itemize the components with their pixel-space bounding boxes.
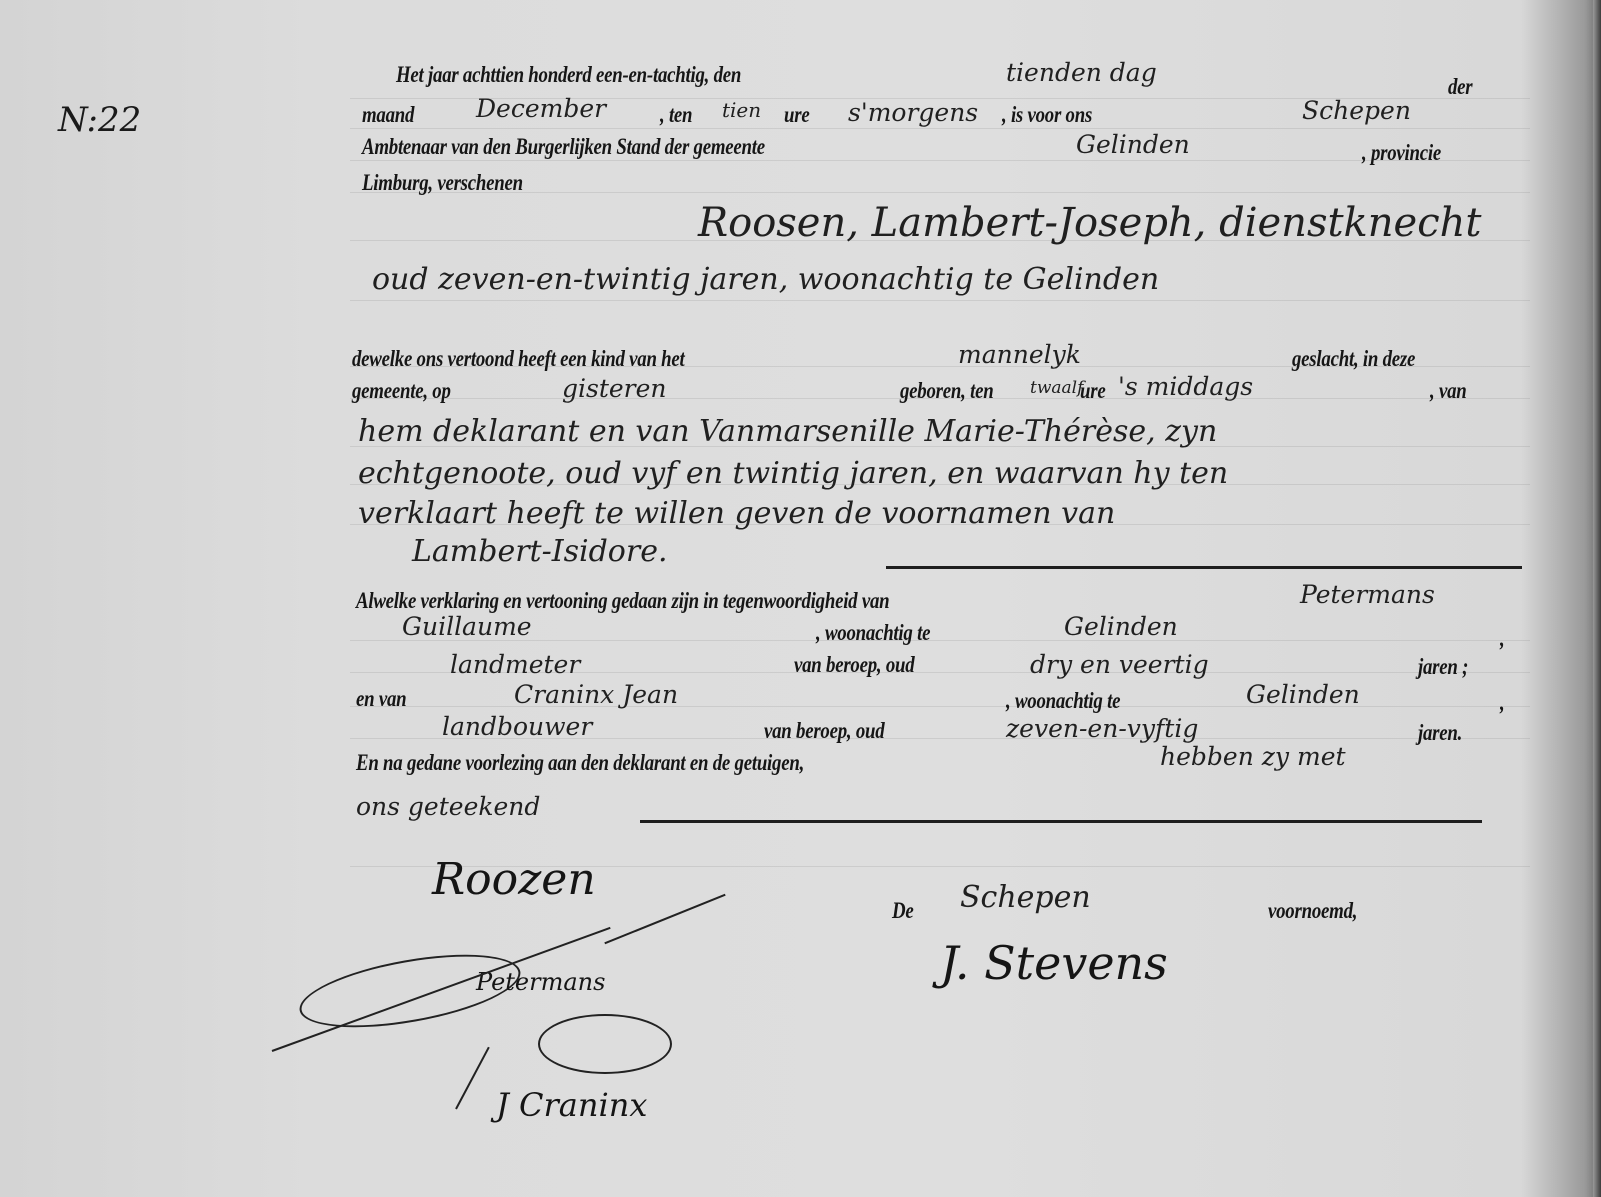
printed-text: De <box>892 898 913 924</box>
printed-text: voornoemd, <box>1268 898 1357 924</box>
signature-flourish <box>455 1047 490 1110</box>
handwritten-witness1-residence: Gelinden <box>1064 612 1178 641</box>
fill-line <box>640 820 1482 823</box>
fill-line <box>886 566 1522 569</box>
ruled-line <box>350 128 1530 129</box>
handwritten-mother: echtgenoote, oud vyf en twintig jaren, e… <box>358 456 1228 491</box>
handwritten-birth-hour: twaalf <box>1030 378 1083 398</box>
signature-witness1: Petermans <box>476 968 605 996</box>
handwritten-time-of-day: s'morgens <box>848 98 978 127</box>
handwritten-day: tienden dag <box>1006 58 1157 87</box>
document-page: N:22 Het jaar achttien honderd een-en-ta… <box>0 0 1601 1197</box>
signature-declarant: Roozen <box>432 854 596 905</box>
printed-text: , <box>1500 690 1504 716</box>
printed-text: , is voor ons <box>1002 102 1092 128</box>
printed-text: geboren, ten <box>900 378 993 404</box>
handwritten-witness2-residence: Gelinden <box>1246 680 1360 709</box>
handwritten-official: Schepen <box>1302 96 1411 125</box>
handwritten-witness1-occupation: landmeter <box>450 650 580 679</box>
handwritten-witness2-occupation: landbouwer <box>442 712 592 741</box>
handwritten-witness1-surname: Petermans <box>1300 580 1435 609</box>
handwritten-signed-a: hebben zy met <box>1160 742 1346 771</box>
handwritten-child-name: Lambert-Isidore. <box>412 534 667 569</box>
handwritten-birth-day: gisteren <box>562 374 667 403</box>
page-edge <box>1593 0 1601 1197</box>
signature-flourish <box>538 1014 672 1074</box>
ruled-line <box>350 160 1530 161</box>
printed-text: en van <box>356 686 406 712</box>
record-number: N:22 <box>58 100 141 140</box>
printed-text: ure <box>1080 378 1105 404</box>
printed-text: van beroep, oud <box>764 718 884 744</box>
printed-text: jaren. <box>1418 720 1462 746</box>
printed-text: jaren ; <box>1418 654 1468 680</box>
handwritten-witness2-age: zeven-en-vyftig <box>1006 714 1198 743</box>
printed-text: , ten <box>660 102 692 128</box>
handwritten-official-title: Schepen <box>960 880 1091 915</box>
handwritten-witness1-firstname: Guillaume <box>402 612 532 641</box>
signature-official: J. Stevens <box>940 936 1168 990</box>
handwritten-month: December <box>476 94 606 123</box>
printed-text: van beroep, oud <box>794 652 914 678</box>
printed-text: dewelke ons vertoond heeft een kind van … <box>352 346 685 372</box>
handwritten-signed-b: ons geteekend <box>356 792 540 821</box>
printed-text: gemeente, op <box>352 378 451 404</box>
printed-text: Ambtenaar van den Burgerlijken Stand der… <box>362 134 765 160</box>
handwritten-hour: tien <box>722 98 761 122</box>
handwritten-birth-time: 's middags <box>1118 372 1253 401</box>
printed-text: Het jaar achttien honderd een-en-tachtig… <box>396 62 741 88</box>
printed-text: , van <box>1430 378 1467 404</box>
handwritten-witness1-age: dry en veertig <box>1030 650 1209 679</box>
signature-flourish <box>604 894 725 945</box>
printed-text: ure <box>784 102 809 128</box>
handwritten-municipality: Gelinden <box>1076 130 1190 159</box>
printed-text: Alwelke verklaring en vertooning gedaan … <box>356 588 889 614</box>
printed-text: , <box>1500 626 1504 652</box>
handwritten-declarant-age-residence: oud zeven-en-twintig jaren, woonachtig t… <box>372 262 1159 297</box>
printed-text: , woonachtig te <box>1006 688 1120 714</box>
handwritten-declared: verklaart heeft te willen geven de voorn… <box>358 496 1115 531</box>
printed-text: maand <box>362 102 414 128</box>
printed-text: , provincie <box>1362 140 1441 166</box>
printed-text: Limburg, verschenen <box>362 170 523 196</box>
printed-text: geslacht, in deze <box>1292 346 1415 372</box>
printed-text: , woonachtig te <box>816 620 930 646</box>
ruled-line <box>350 300 1530 301</box>
signature-witness2: J Craninx <box>496 1086 647 1124</box>
handwritten-witness2-name: Craninx Jean <box>514 680 678 709</box>
printed-text: der <box>1448 74 1472 100</box>
handwritten-declarant: Roosen, Lambert-Joseph, dienstknecht <box>698 200 1481 246</box>
handwritten-parents: hem deklarant en van Vanmarsenille Marie… <box>358 414 1217 449</box>
printed-text: En na gedane voorlezing aan den deklaran… <box>356 750 804 776</box>
handwritten-sex: mannelyk <box>958 340 1081 369</box>
